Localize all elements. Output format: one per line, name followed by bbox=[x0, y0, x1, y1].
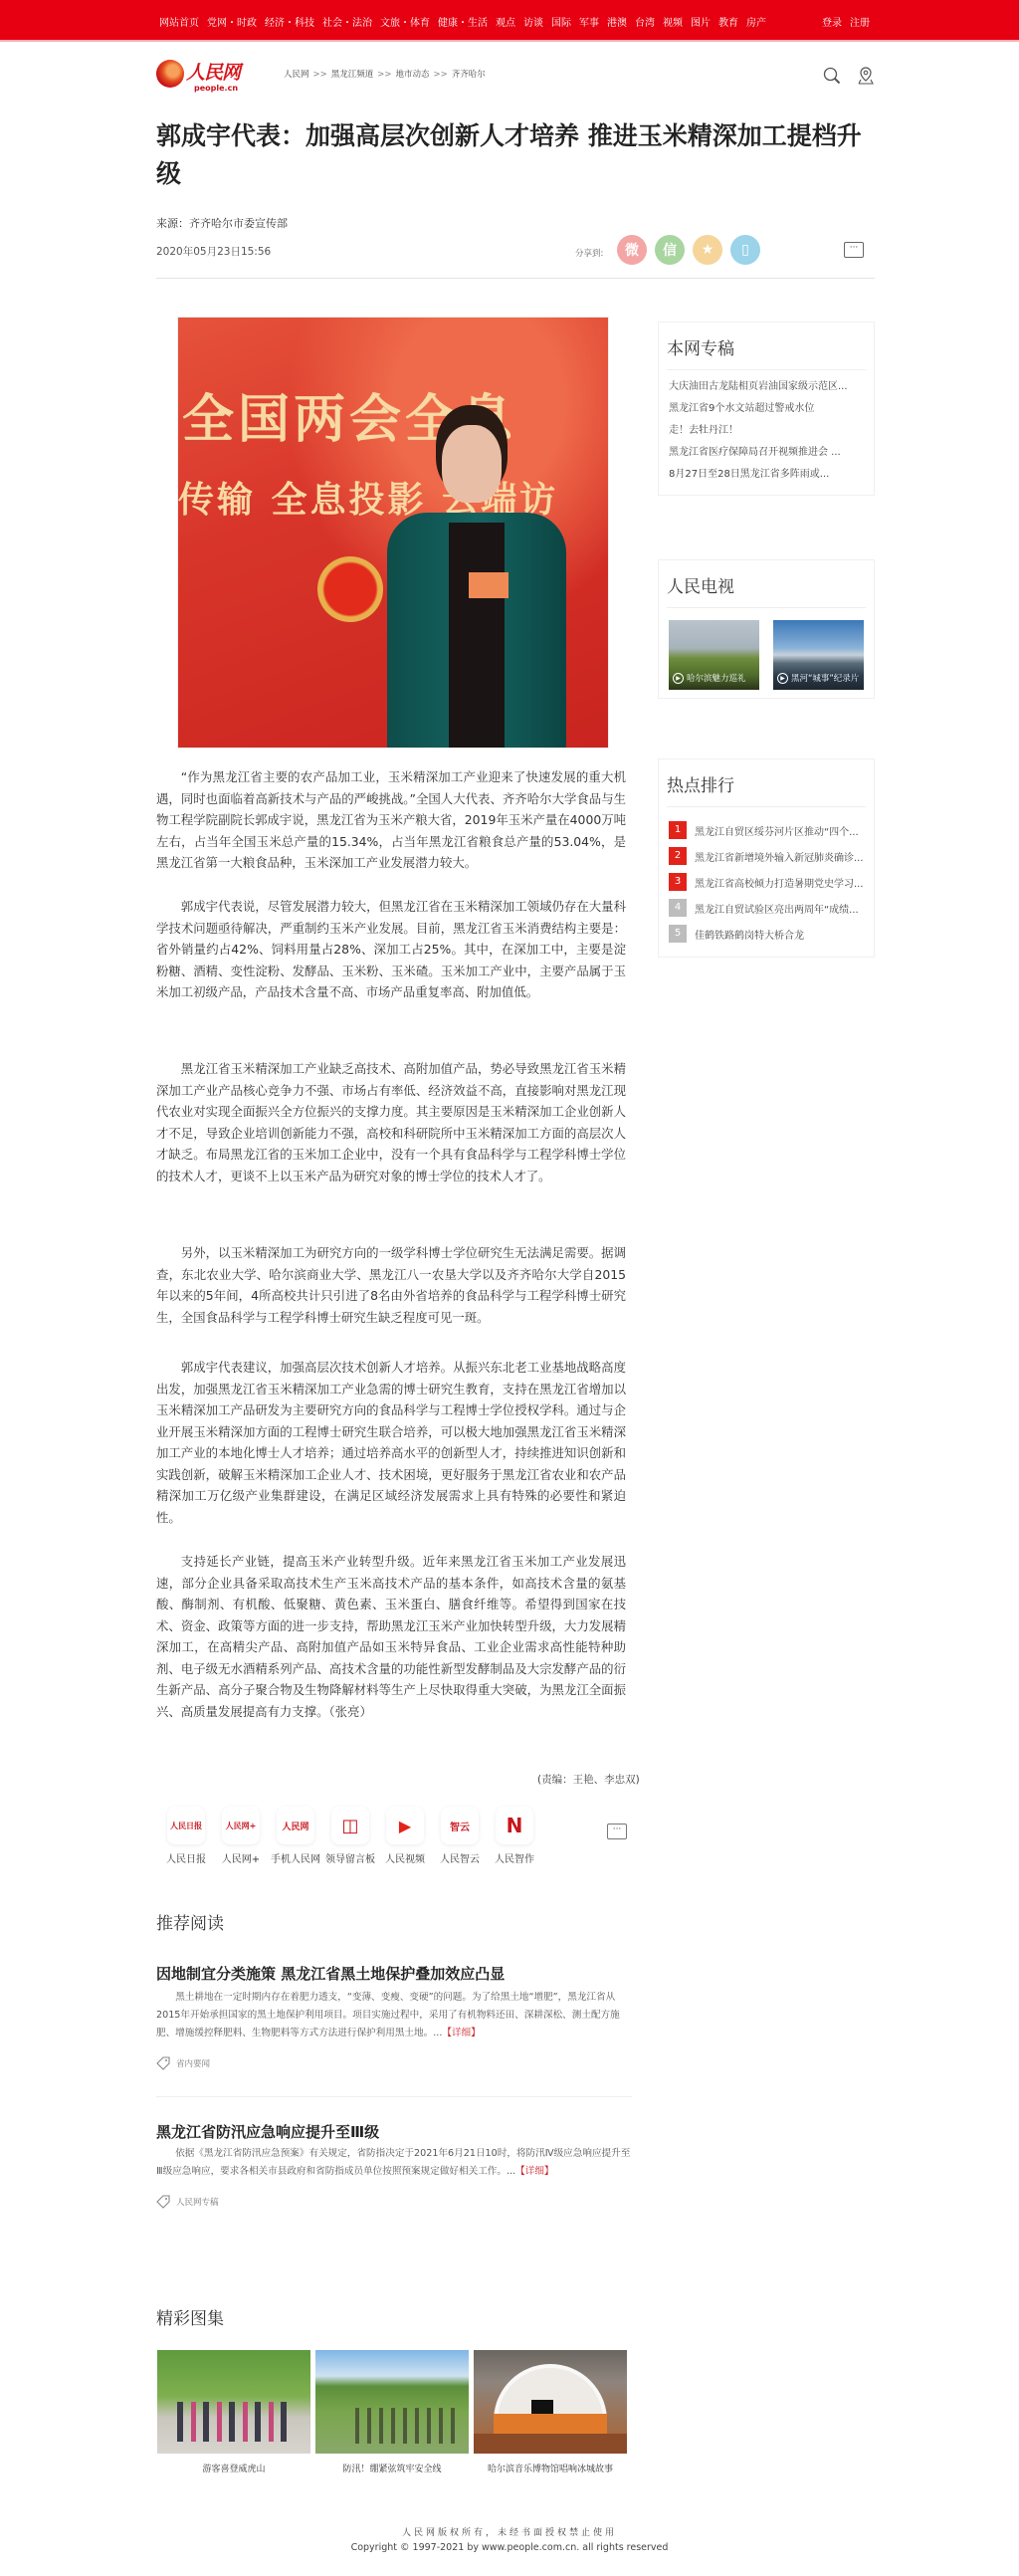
top-nav-item-video[interactable]: 视频 bbox=[663, 14, 683, 29]
message-board-icon: ◫ bbox=[331, 1807, 369, 1844]
recommend-item-title[interactable]: 因地制宜分类施策 黑龙江省黑土地保护叠加效应凸显 bbox=[156, 1963, 505, 1984]
login-link[interactable]: 登录 bbox=[822, 14, 842, 29]
sidebar-special-item[interactable]: 黑龙江省医疗保障局召开视频推进会 ... bbox=[669, 442, 864, 464]
app-label: 人民网+ bbox=[214, 1850, 268, 1865]
people-daily-icon: 人民日报 bbox=[167, 1807, 205, 1844]
top-nav: 网站首页 党网・时政 经济・科技 社会・法治 文旅・体育 健康・生活 观点 访谈… bbox=[159, 14, 766, 29]
app-label: 手机人民网 bbox=[269, 1850, 322, 1865]
article-paragraph: 支持延长产业链，提高玉米产业转型升级。近年来黑龙江省玉米加工产业发展迅速，部分企… bbox=[156, 1551, 626, 1722]
rank-title: 黑龙江省高校倾力打造暑期党史学习... bbox=[695, 875, 864, 890]
gallery-image bbox=[315, 2350, 469, 2454]
app-people-daily[interactable]: 人民日报 人民日报 bbox=[159, 1807, 213, 1865]
sidebar-special-list: 大庆油田古龙陆相页岩油国家级示范区... 黑龙江省9个水文站超过警戒水位 走！去… bbox=[659, 370, 874, 496]
sidebar-tv-box: 人民电视 ▶哈尔滨魅力巡礼 ▶黑河“城事”纪录片 bbox=[658, 559, 875, 699]
share-buttons: 微 信 ★ ▯ bbox=[617, 235, 760, 265]
sidebar-tv-list: ▶哈尔滨魅力巡礼 ▶黑河“城事”纪录片 bbox=[659, 608, 874, 704]
sidebar-hot-box: 热点排行 1黑龙江自贸区绥芬河片区推动“四个... 2黑龙江省新增境外输入新冠肺… bbox=[658, 758, 875, 958]
tag-icon bbox=[156, 2195, 170, 2209]
logo-mark-icon bbox=[156, 60, 184, 88]
app-label: 人民智云 bbox=[433, 1850, 487, 1865]
app-people-plus[interactable]: 人民网+ 人民网+ bbox=[214, 1807, 268, 1865]
more-comments-icon[interactable]: ··· bbox=[607, 1824, 627, 1839]
delegate-badge bbox=[469, 572, 509, 598]
sidebar-special-item[interactable]: 大庆油田古龙陆相页岩油国家级示范区... bbox=[669, 376, 864, 398]
gallery-caption: 哈尔滨音乐博物馆唱响冰城故事 bbox=[474, 2462, 627, 2474]
recommend-item-tag: 人民网专稿 bbox=[156, 2195, 219, 2209]
gallery-caption: 游客喜登威虎山 bbox=[157, 2462, 310, 2474]
article-title: 郭成宇代表：加强高层次创新人才培养 推进玉米精深加工提档升级 bbox=[156, 117, 883, 193]
location-icon[interactable] bbox=[856, 66, 876, 86]
gallery-image bbox=[157, 2350, 310, 2454]
people-create-icon: N bbox=[496, 1807, 533, 1844]
gallery-item[interactable]: 防汛！绷紧弦筑牢安全线 bbox=[315, 2350, 469, 2474]
read-more-link[interactable]: 【详细】 bbox=[442, 2028, 480, 2039]
top-nav-item-photo[interactable]: 图片 bbox=[691, 14, 711, 29]
photo-gallery: 游客喜登威虎山 防汛！绷紧弦筑牢安全线 哈尔滨音乐博物馆唱响冰城故事 bbox=[157, 2350, 627, 2474]
share-label: 分享到: bbox=[575, 247, 603, 259]
wechat-share-icon[interactable]: 信 bbox=[655, 235, 685, 265]
tag-label[interactable]: 人民网专稿 bbox=[176, 2196, 219, 2208]
header-icons bbox=[822, 66, 876, 86]
top-nav-item-health[interactable]: 健康・生活 bbox=[438, 14, 488, 29]
app-people-create[interactable]: N 人民智作 bbox=[488, 1807, 541, 1865]
top-nav-bar: 网站首页 党网・时政 经济・科技 社会・法治 文旅・体育 健康・生活 观点 访谈… bbox=[0, 0, 1019, 42]
recommend-item-title[interactable]: 黑龙江省防汛应急响应提升至Ⅲ级 bbox=[156, 2121, 379, 2142]
sidebar-special-item[interactable]: 8月27日至28日黑龙江省多阵雨或... bbox=[669, 464, 864, 486]
breadcrumb-item[interactable]: 地市动态 bbox=[396, 70, 430, 80]
tag-icon bbox=[156, 2056, 170, 2070]
video-caption: ▶黑河“城事”纪录片 bbox=[777, 672, 859, 684]
breadcrumb: 人民网>>黑龙江频道>>地市动态>>齐齐哈尔 bbox=[284, 68, 486, 80]
recommend-item-summary: 黑土耕地在一定时期内存在着肥力透支，“变薄、变瘦、变硬”的问题。为了给黑土地“增… bbox=[156, 1989, 632, 2042]
mobile-share-icon[interactable]: ▯ bbox=[730, 235, 760, 265]
app-mobile-people[interactable]: 人民网 手机人民网 bbox=[269, 1807, 322, 1865]
app-people-cloud[interactable]: 智云 人民智云 bbox=[433, 1807, 487, 1865]
top-nav-item-hkmacau[interactable]: 港澳 bbox=[607, 14, 627, 29]
video-title: 黑河“城事”纪录片 bbox=[791, 672, 859, 684]
gallery-heading: 精彩图集 bbox=[156, 2304, 224, 2329]
app-people-video[interactable]: ▶ 人民视频 bbox=[378, 1807, 432, 1865]
app-label: 人民视频 bbox=[378, 1850, 432, 1865]
person-figure bbox=[449, 523, 505, 749]
sidebar-special-box: 本网专稿 大庆油田古龙陆相页岩油国家级示范区... 黑龙江省9个水文站超过警戒水… bbox=[658, 322, 875, 496]
rank-number: 4 bbox=[669, 899, 687, 917]
tv-video-item[interactable]: ▶黑河“城事”纪录片 bbox=[773, 620, 864, 690]
logo-text-en: people.cn bbox=[194, 84, 238, 93]
sidebar-tv-heading: 人民电视 bbox=[667, 560, 866, 608]
top-nav-item-home[interactable]: 网站首页 bbox=[159, 14, 199, 29]
article-paragraph: 郭成宇代表建议，加强高层次技术创新人才培养。从振兴东北老工业基地战略高度出发，加… bbox=[156, 1357, 626, 1528]
footer-copyright-en: Copyright © 1997-2021 by www.people.com.… bbox=[0, 2542, 1019, 2553]
sidebar-special-item[interactable]: 走！去牡丹江！ bbox=[669, 420, 864, 442]
top-nav-item-society[interactable]: 社会・法治 bbox=[322, 14, 372, 29]
search-icon[interactable] bbox=[822, 66, 842, 86]
divider bbox=[156, 278, 875, 279]
video-title: 哈尔滨魅力巡礼 bbox=[687, 672, 746, 684]
app-label: 人民日报 bbox=[159, 1850, 213, 1865]
app-label: 人民智作 bbox=[488, 1850, 541, 1865]
weibo-share-icon[interactable]: 微 bbox=[617, 235, 647, 265]
mobile-people-icon: 人民网 bbox=[277, 1807, 314, 1844]
gallery-item[interactable]: 哈尔滨音乐博物馆唱响冰城故事 bbox=[474, 2350, 627, 2474]
top-nav-item-interview[interactable]: 访谈 bbox=[523, 14, 543, 29]
hot-ranking-list: 1黑龙江自贸区绥芬河片区推动“四个... 2黑龙江省新增境外输入新冠肺炎确诊..… bbox=[659, 807, 874, 953]
breadcrumb-separator: >> bbox=[377, 70, 391, 80]
logo-text-cn: 人民网 bbox=[186, 58, 240, 85]
hot-ranking-item[interactable]: 1黑龙江自贸区绥芬河片区推动“四个... bbox=[669, 817, 864, 843]
rank-title: 黑龙江自贸区绥芬河片区推动“四个... bbox=[695, 823, 859, 838]
read-more-link[interactable]: 【详细】 bbox=[515, 2166, 553, 2177]
hot-ranking-item[interactable]: 2黑龙江省新增境外输入新冠肺炎确诊... bbox=[669, 843, 864, 869]
recommend-heading: 推荐阅读 bbox=[156, 1909, 224, 1934]
top-nav-item-culture[interactable]: 文旅・体育 bbox=[380, 14, 430, 29]
app-label: 领导留言板 bbox=[323, 1850, 377, 1865]
play-icon: ▶ bbox=[777, 673, 788, 684]
article-paragraph: 郭成宇代表说，尽管发展潜力较大，但黑龙江省在玉米精深加工领域仍存在大量科学技术问… bbox=[156, 896, 626, 1003]
tv-video-item[interactable]: ▶哈尔滨魅力巡礼 bbox=[669, 620, 759, 690]
top-nav-item-opinion[interactable]: 观点 bbox=[496, 14, 515, 29]
video-caption: ▶哈尔滨魅力巡礼 bbox=[673, 672, 746, 684]
gallery-caption: 防汛！绷紧弦筑牢安全线 bbox=[315, 2462, 469, 2474]
recommend-item-summary: 依据《黑龙江省防汛应急预案》有关规定，省防指决定于2021年6月21日10时，将… bbox=[156, 2145, 632, 2181]
breadcrumb-item[interactable]: 齐齐哈尔 bbox=[452, 70, 486, 80]
sidebar-hot-heading: 热点排行 bbox=[667, 759, 866, 807]
top-nav-item-taiwan[interactable]: 台湾 bbox=[635, 14, 655, 29]
breadcrumb-separator: >> bbox=[313, 70, 327, 80]
national-emblem-icon bbox=[317, 556, 383, 622]
hot-ranking-item[interactable]: 5佳鹤铁路鹤岗特大桥合龙 bbox=[669, 921, 864, 947]
qzone-share-icon[interactable]: ★ bbox=[693, 235, 722, 265]
top-nav-item-military[interactable]: 军事 bbox=[579, 14, 599, 29]
app-message-board[interactable]: ◫ 领导留言板 bbox=[323, 1807, 377, 1865]
top-nav-item-world[interactable]: 国际 bbox=[551, 14, 571, 29]
register-link[interactable]: 注册 bbox=[850, 14, 870, 29]
breadcrumb-item[interactable]: 人民网 bbox=[284, 70, 309, 80]
sidebar-special-heading: 本网专稿 bbox=[667, 322, 866, 370]
site-logo[interactable]: 人民网 people.cn bbox=[156, 58, 246, 96]
article-paragraph: 另外，以玉米精深加工为研究方向的一级学科博士学位研究生无法满足需要。据调查，东北… bbox=[156, 1242, 626, 1328]
account-links: 登录 注册 bbox=[822, 14, 870, 29]
page-footer: 人民网版权所有，未经书面授权禁止使用 Copyright © 1997-2021… bbox=[0, 2525, 1019, 2553]
article-paragraph: 黑龙江省玉米精深加工产业缺乏高技术、高附加值产品，势必导致黑龙江省玉米精深加工产… bbox=[156, 1058, 626, 1186]
top-nav-item-realestate[interactable]: 房产 bbox=[746, 14, 766, 29]
people-cloud-icon: 智云 bbox=[441, 1807, 479, 1844]
play-icon: ▶ bbox=[673, 673, 684, 684]
person-figure bbox=[442, 425, 502, 503]
gallery-item[interactable]: 游客喜登威虎山 bbox=[157, 2350, 310, 2474]
article-date: 2020年05月23日15:56 bbox=[156, 244, 271, 259]
recommend-item-tag: 省内要闻 bbox=[156, 2056, 210, 2070]
rank-number: 2 bbox=[669, 847, 687, 865]
gallery-image bbox=[474, 2350, 627, 2454]
article-editor: (责编：王艳、李忠双) bbox=[537, 1772, 640, 1787]
divider bbox=[156, 2096, 632, 2097]
hot-ranking-item[interactable]: 3黑龙江省高校倾力打造暑期党史学习... bbox=[669, 869, 864, 895]
rank-title: 黑龙江省新增境外输入新冠肺炎确诊... bbox=[695, 849, 864, 864]
breadcrumb-item[interactable]: 黑龙江频道 bbox=[331, 70, 374, 80]
summary-text: 依据《黑龙江省防汛应急预案》有关规定，省防指决定于2021年6月21日10时，将… bbox=[156, 2148, 630, 2177]
top-nav-item-education[interactable]: 教育 bbox=[718, 14, 738, 29]
breadcrumb-separator: >> bbox=[434, 70, 448, 80]
hot-ranking-item[interactable]: 4黑龙江自贸试验区亮出两周年“成绩... bbox=[669, 895, 864, 921]
rank-number: 3 bbox=[669, 873, 687, 891]
app-links: 人民日报 人民日报 人民网+ 人民网+ 人民网 手机人民网 ◫ 领导留言板 ▶ … bbox=[159, 1807, 542, 1865]
article-photo: 全国两会全息 传输 全息投影 云端访 bbox=[177, 317, 609, 749]
sidebar-special-item[interactable]: 黑龙江省9个水文站超过警戒水位 bbox=[669, 398, 864, 420]
comment-icon[interactable]: ··· bbox=[844, 242, 864, 258]
rank-number: 5 bbox=[669, 925, 687, 943]
rank-title: 佳鹤铁路鹤岗特大桥合龙 bbox=[695, 927, 804, 942]
top-nav-item-economy[interactable]: 经济・科技 bbox=[265, 14, 314, 29]
rank-title: 黑龙江自贸试验区亮出两周年“成绩... bbox=[695, 901, 859, 916]
article-paragraph: “作为黑龙江省主要的农产品加工业，玉米精深加工产业迎来了快速发展的重大机遇，同时… bbox=[156, 766, 626, 874]
tag-label[interactable]: 省内要闻 bbox=[176, 2057, 210, 2069]
footer-copyright-cn: 人民网版权所有，未经书面授权禁止使用 bbox=[0, 2525, 1019, 2538]
rank-number: 1 bbox=[669, 821, 687, 839]
summary-text: 黑土耕地在一定时期内存在着肥力透支，“变薄、变瘦、变硬”的问题。为了给黑土地“增… bbox=[156, 1992, 620, 2039]
top-nav-item-politics[interactable]: 党网・时政 bbox=[207, 14, 257, 29]
people-plus-icon: 人民网+ bbox=[222, 1807, 260, 1844]
site-header: 人民网 people.cn 人民网>>黑龙江频道>>地市动态>>齐齐哈尔 bbox=[154, 56, 876, 100]
article-source: 来源：齐齐哈尔市委宣传部 bbox=[156, 215, 288, 231]
play-icon: ▶ bbox=[386, 1807, 424, 1844]
